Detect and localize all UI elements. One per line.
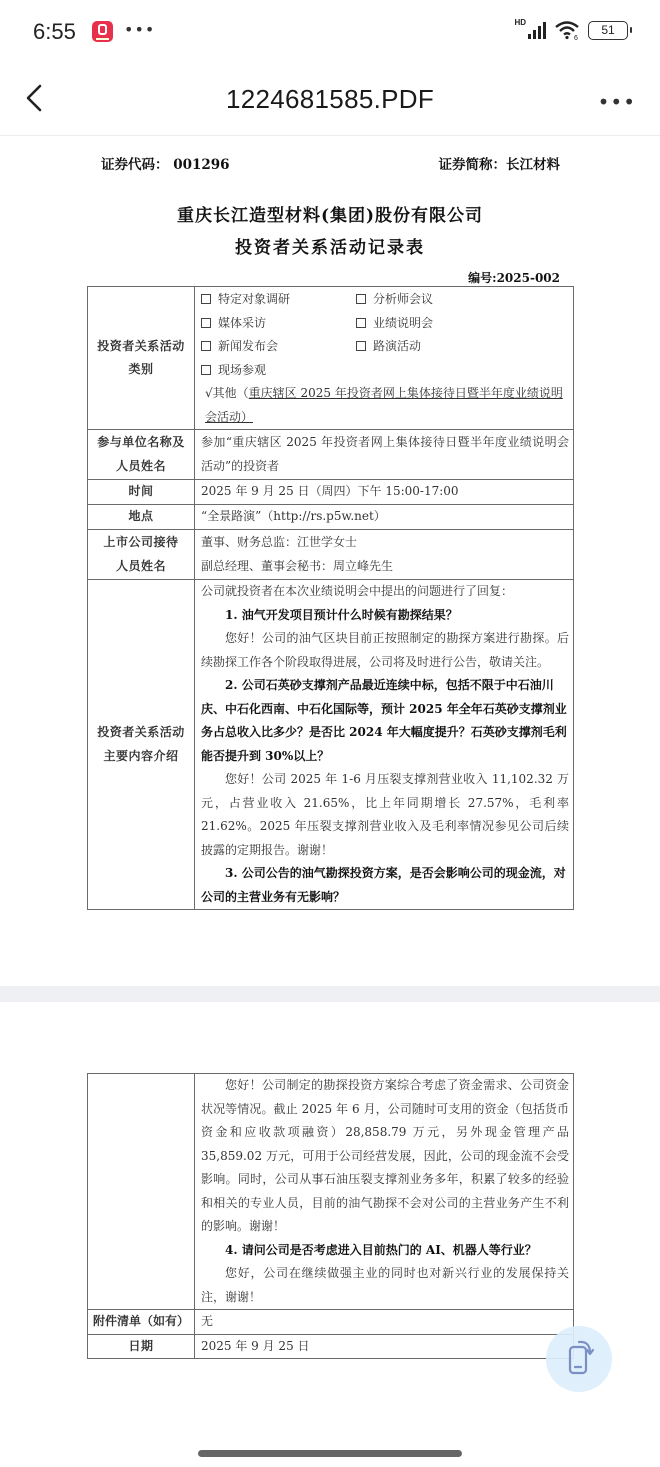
page-separator — [0, 986, 660, 1002]
location-value: “全景路演”（http://rs.p5w.net） — [195, 505, 574, 530]
participants-label: 参与单位名称及 人员姓名 — [88, 430, 195, 480]
row-location: 地点 “全景路演”（http://rs.p5w.net） — [88, 505, 574, 530]
more-notifications-icon: ••• — [124, 20, 155, 39]
label-line: 投资者关系活动 — [90, 721, 192, 745]
checkbox-media-interview: 媒体采访 — [201, 312, 356, 336]
option-label: 分析师会议 — [373, 292, 433, 306]
title-bar: 1224681585.PDF ••• — [0, 64, 660, 136]
question-1: 1. 油气开发项目预计什么时候有勘探结果？ — [201, 604, 569, 628]
checkbox-targeted-research: 特定对象调研 — [201, 288, 356, 312]
row-content: 投资者关系活动 主要内容介绍 公司就投资者在本次业绩说明会中提出的问题进行了回复… — [88, 580, 574, 910]
row-participants: 参与单位名称及 人员姓名 参加“重庆辖区 2025 年投资者网上集体接待日暨半年… — [88, 430, 574, 480]
answer-2: 您好！公司 2025 年 1-6 月压裂支撑剂营业收入 11,102.32 万元… — [201, 768, 569, 862]
row-category: 投资者关系活动 类别 特定对象调研 分析师会议 媒体采访 业绩说明会 新闻发布会… — [88, 287, 574, 430]
company-name: 重庆长江造型材料(集团)股份有限公司 — [0, 201, 660, 226]
reception-line-1: 董事、财务总监：江世学女士 — [201, 531, 569, 555]
content-intro: 公司就投资者在本次业绩说明会中提出的问题进行了回复： — [201, 580, 569, 604]
signal-icon — [528, 21, 546, 39]
row-content-continued: 您好！公司制定的勘探投资方案综合考虑了资金需求、公司资金状况等情况。截止 202… — [88, 1074, 574, 1310]
checkbox-analyst-meeting: 分析师会议 — [356, 288, 569, 312]
answer-4: 您好，公司在继续做强主业的同时也对新兴行业的发展保持关注，谢谢！ — [201, 1262, 569, 1309]
checkbox-site-visit: 现场参观 — [201, 359, 356, 383]
label-line: 主要内容介绍 — [90, 745, 192, 769]
checkbox-icon — [356, 318, 366, 328]
security-name-label: 证券简称： — [439, 157, 507, 173]
option-label: 路演活动 — [373, 339, 421, 353]
answer-1: 您好！公司的油气区块目前正按照制定的勘探方案进行勘探。后续勘探工作各个阶段取得进… — [201, 627, 569, 674]
label-line: 参与单位名称及 — [90, 431, 192, 455]
security-name: 证券简称：长江材料 — [439, 153, 561, 173]
serial-value: 2025-002 — [497, 271, 560, 285]
other-label: 其他（ — [213, 386, 249, 400]
form-title: 投资者关系活动记录表 — [0, 233, 660, 258]
row-date: 日期 2025 年 9 月 25 日 — [88, 1334, 574, 1359]
option-label: 新闻发布会 — [218, 339, 278, 353]
category-options: 特定对象调研 分析师会议 媒体采访 业绩说明会 新闻发布会 路演活动 现场参观 … — [195, 287, 574, 430]
attachments-label: 附件清单（如有） — [88, 1310, 195, 1335]
record-table-page-2: 您好！公司制定的勘探投资方案综合考虑了资金需求、公司资金状况等情况。截止 202… — [87, 1073, 574, 1359]
checkbox-icon — [201, 318, 211, 328]
hd-label: HD — [514, 18, 526, 27]
option-label: 媒体采访 — [218, 316, 266, 330]
content-value: 公司就投资者在本次业绩说明会中提出的问题进行了回复： 1. 油气开发项目预计什么… — [195, 580, 574, 910]
battery-icon: 51 — [588, 21, 628, 40]
row-attachments: 附件清单（如有） 无 — [88, 1310, 574, 1335]
video-app-icon — [92, 21, 113, 42]
more-options-button[interactable]: ••• — [598, 90, 636, 114]
security-code: 证券代码： 001296 — [101, 153, 230, 173]
pdf-page-1[interactable]: 证券代码： 001296 证券简称：长江材料 重庆长江造型材料(集团)股份有限公… — [0, 137, 660, 986]
battery-level: 51 — [601, 23, 614, 37]
checkbox-roadshow: 路演活动 — [356, 335, 569, 359]
participants-value: 参加“重庆辖区 2025 年投资者网上集体接待日暨半年度业绩说明会活动”的投资者 — [195, 430, 574, 480]
checkbox-earnings-briefing: 业绩说明会 — [356, 312, 569, 336]
checkmark-icon: √ — [205, 386, 213, 400]
question-2: 2. 公司石英砂支撑剂产品最近连续中标，包括不限于中石油川庆、中石化西南、中石化… — [201, 674, 569, 768]
more-horizontal-icon: ••• — [598, 90, 636, 114]
question-3: 3. 公司公告的油气勘探投资方案，是否会影响公司的现金流，对公司的主营业务有无影… — [201, 862, 569, 909]
checkbox-icon — [201, 341, 211, 351]
content-label: 投资者关系活动 主要内容介绍 — [88, 580, 195, 910]
other-detail: 重庆辖区 2025 年投资者网上集体接待日暨半年度业绩说明会活动） — [205, 386, 563, 424]
wifi-badge: 6 — [574, 35, 578, 40]
security-code-label: 证券代码： — [101, 157, 169, 173]
label-line: 人员姓名 — [90, 455, 192, 479]
content-value-continued: 您好！公司制定的勘探投资方案综合考虑了资金需求、公司资金状况等情况。截止 202… — [195, 1074, 574, 1310]
security-code-value: 001296 — [173, 157, 229, 173]
rotate-screen-button[interactable] — [546, 1326, 612, 1392]
label-line: 上市公司接待 — [90, 531, 192, 555]
checkbox-icon — [201, 294, 211, 304]
reception-line-2: 副总经理、董事会秘书：周立峰先生 — [201, 555, 569, 579]
checkbox-icon — [201, 365, 211, 375]
reception-label: 上市公司接待 人员姓名 — [88, 530, 195, 580]
location-label: 地点 — [88, 505, 195, 530]
pdf-page-2[interactable]: 您好！公司制定的勘探投资方案综合考虑了资金需求、公司资金状况等情况。截止 202… — [0, 1002, 660, 1467]
clock: 6:55 — [33, 19, 76, 45]
content-label-continued — [88, 1074, 195, 1310]
time-value: 2025 年 9 月 25 日（周四）下午 15:00-17:00 — [195, 480, 574, 505]
category-label: 投资者关系活动 类别 — [88, 287, 195, 430]
question-4: 4. 请问公司是否考虑进入目前热门的 AI、机器人等行业？ — [201, 1239, 569, 1263]
checkbox-icon — [356, 341, 366, 351]
status-icons: HD 6 51 — [514, 20, 628, 40]
checkbox-icon — [356, 294, 366, 304]
home-indicator[interactable] — [198, 1450, 462, 1457]
status-bar: 6:55 ••• HD 6 51 — [0, 0, 660, 64]
security-name-value: 长江材料 — [506, 157, 560, 173]
checkbox-press-conference: 新闻发布会 — [201, 335, 356, 359]
record-table-page-1: 投资者关系活动 类别 特定对象调研 分析师会议 媒体采访 业绩说明会 新闻发布会… — [87, 286, 574, 910]
option-label: 特定对象调研 — [218, 292, 290, 306]
reception-value: 董事、财务总监：江世学女士 副总经理、董事会秘书：周立峰先生 — [195, 530, 574, 580]
label-line: 人员姓名 — [90, 555, 192, 579]
row-reception: 上市公司接待 人员姓名 董事、财务总监：江世学女士 副总经理、董事会秘书：周立峰… — [88, 530, 574, 580]
option-label: 现场参观 — [218, 363, 266, 377]
label-line: 投资者关系活动 — [90, 335, 192, 359]
option-label: 业绩说明会 — [373, 316, 433, 330]
document-title: 1224681585.PDF — [0, 84, 660, 115]
row-time: 时间 2025 年 9 月 25 日（周四）下午 15:00-17:00 — [88, 480, 574, 505]
date-value: 2025 年 9 月 25 日 — [195, 1334, 574, 1359]
attachments-value: 无 — [195, 1310, 574, 1335]
serial-label: 编号: — [468, 271, 496, 285]
checkbox-other: √其他（重庆辖区 2025 年投资者网上集体接待日暨半年度业绩说明会活动） — [201, 382, 569, 429]
date-label: 日期 — [88, 1334, 195, 1359]
time-label: 时间 — [88, 480, 195, 505]
wifi-icon: 6 — [554, 20, 580, 40]
answer-3: 您好！公司制定的勘探投资方案综合考虑了资金需求、公司资金状况等情况。截止 202… — [201, 1074, 569, 1239]
label-line: 类别 — [90, 358, 192, 382]
serial-number: 编号:2025-002 — [468, 269, 560, 286]
rotate-screen-icon — [546, 1326, 612, 1392]
